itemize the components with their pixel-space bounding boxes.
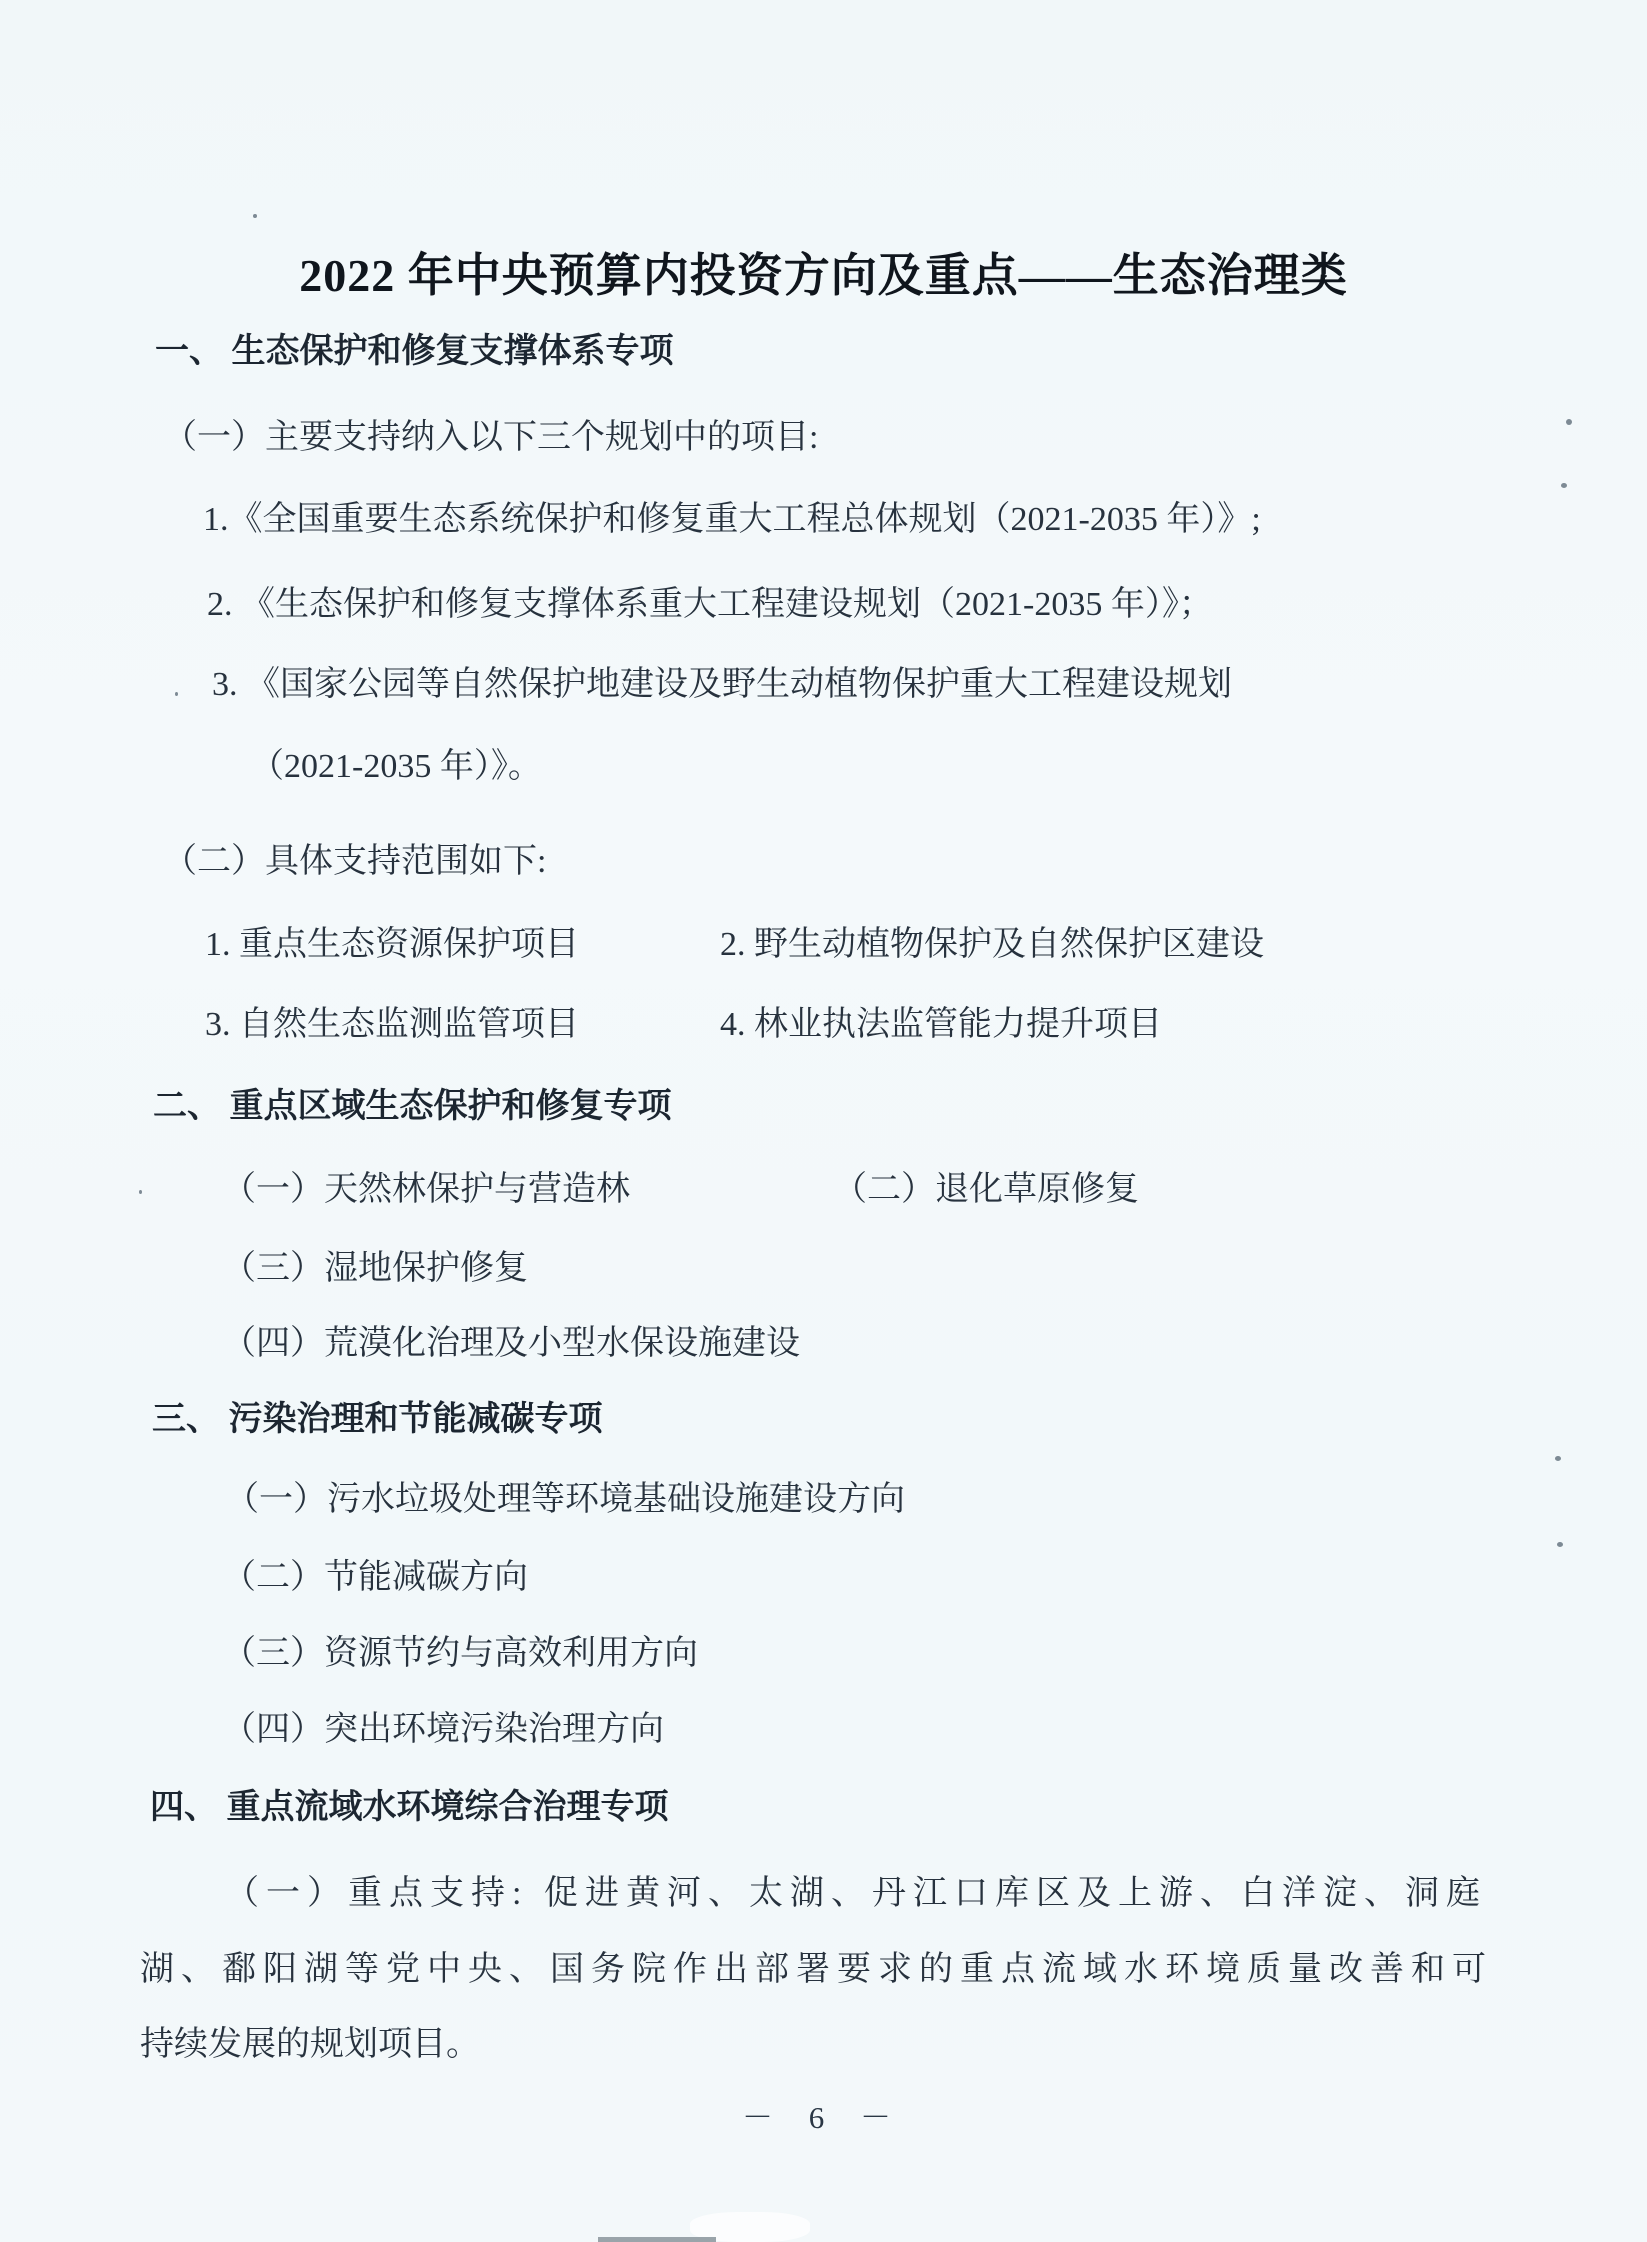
page-number: － 6 － xyxy=(0,2098,1647,2138)
scope-item-4: 4. 林业执法监管能力提升项目 xyxy=(720,1003,1162,1047)
scan-speck xyxy=(253,214,257,218)
section-2-heading: 二、 重点区域生态保护和修复专项 xyxy=(153,1085,672,1129)
section-4-paragraph-line-1: （一）重点支持: 促进黄河、太湖、丹江口库区及上游、白洋淀、洞庭 xyxy=(225,1872,1487,1916)
document-title: 2022 年中央预算内投资方向及重点——生态治理类 xyxy=(0,246,1647,306)
section-2-item-1: （一）天然林保护与营造林 xyxy=(222,1168,630,1212)
section-4-paragraph-line-3: 持续发展的规划项目。 xyxy=(140,2023,480,2067)
plan-item-3-line-2: （2021-2035 年）》。 xyxy=(250,745,542,789)
scan-speck xyxy=(1555,1456,1561,1461)
plan-item-1: 1.《全国重要生态系统保护和修复重大工程总体规划（2021-2035 年）》; xyxy=(203,498,1261,542)
section-3-item-2: （二）节能减碳方向 xyxy=(222,1556,528,1600)
scope-item-2: 2. 野生动植物保护及自然保护区建设 xyxy=(720,923,1264,967)
section-3-item-1: （一）污水垃圾处理等环境基础设施建设方向 xyxy=(225,1478,905,1522)
section-3-item-4: （四）突出环境污染治理方向 xyxy=(222,1708,664,1752)
plan-item-2: 2. 《生态保护和修复支撑体系重大工程建设规划（2021-2035 年）》； xyxy=(207,583,1213,627)
scan-edge-strip xyxy=(598,2237,716,2242)
section-1-sub-1-label: （一）主要支持纳入以下三个规划中的项目: xyxy=(163,416,818,460)
section-4-heading: 四、 重点流域水环境综合治理专项 xyxy=(150,1786,669,1830)
section-1-heading: 一、 生态保护和修复支撑体系专项 xyxy=(155,330,674,374)
scope-item-1: 1. 重点生态资源保护项目 xyxy=(205,923,579,967)
scan-speck xyxy=(1566,419,1572,425)
section-4-paragraph-line-2: 湖、鄱阳湖等党中央、国务院作出部署要求的重点流域水环境质量改善和可 xyxy=(140,1948,1493,1992)
scanned-document-page: 2022 年中央预算内投资方向及重点——生态治理类 一、 生态保护和修复支撑体系… xyxy=(0,0,1647,2242)
scan-speck xyxy=(1557,1542,1563,1547)
section-2-item-2: （二）退化草原修复 xyxy=(833,1168,1139,1212)
scan-speck xyxy=(139,1190,142,1194)
section-2-item-3: （三）湿地保护修复 xyxy=(222,1247,528,1291)
section-3-item-3: （三）资源节约与高效利用方向 xyxy=(222,1632,698,1676)
scope-item-3: 3. 自然生态监测监管项目 xyxy=(205,1003,579,1047)
plan-item-3-line-1: 3. 《国家公园等自然保护地建设及野生动植物保护重大工程建设规划 xyxy=(212,663,1232,707)
section-2-item-4: （四）荒漠化治理及小型水保设施建设 xyxy=(222,1322,800,1366)
section-1-sub-2-label: （二）具体支持范围如下: xyxy=(163,840,546,884)
section-3-heading: 三、 污染治理和节能减碳专项 xyxy=(152,1398,603,1442)
scan-speck xyxy=(1561,483,1567,488)
scan-speck xyxy=(175,692,178,696)
